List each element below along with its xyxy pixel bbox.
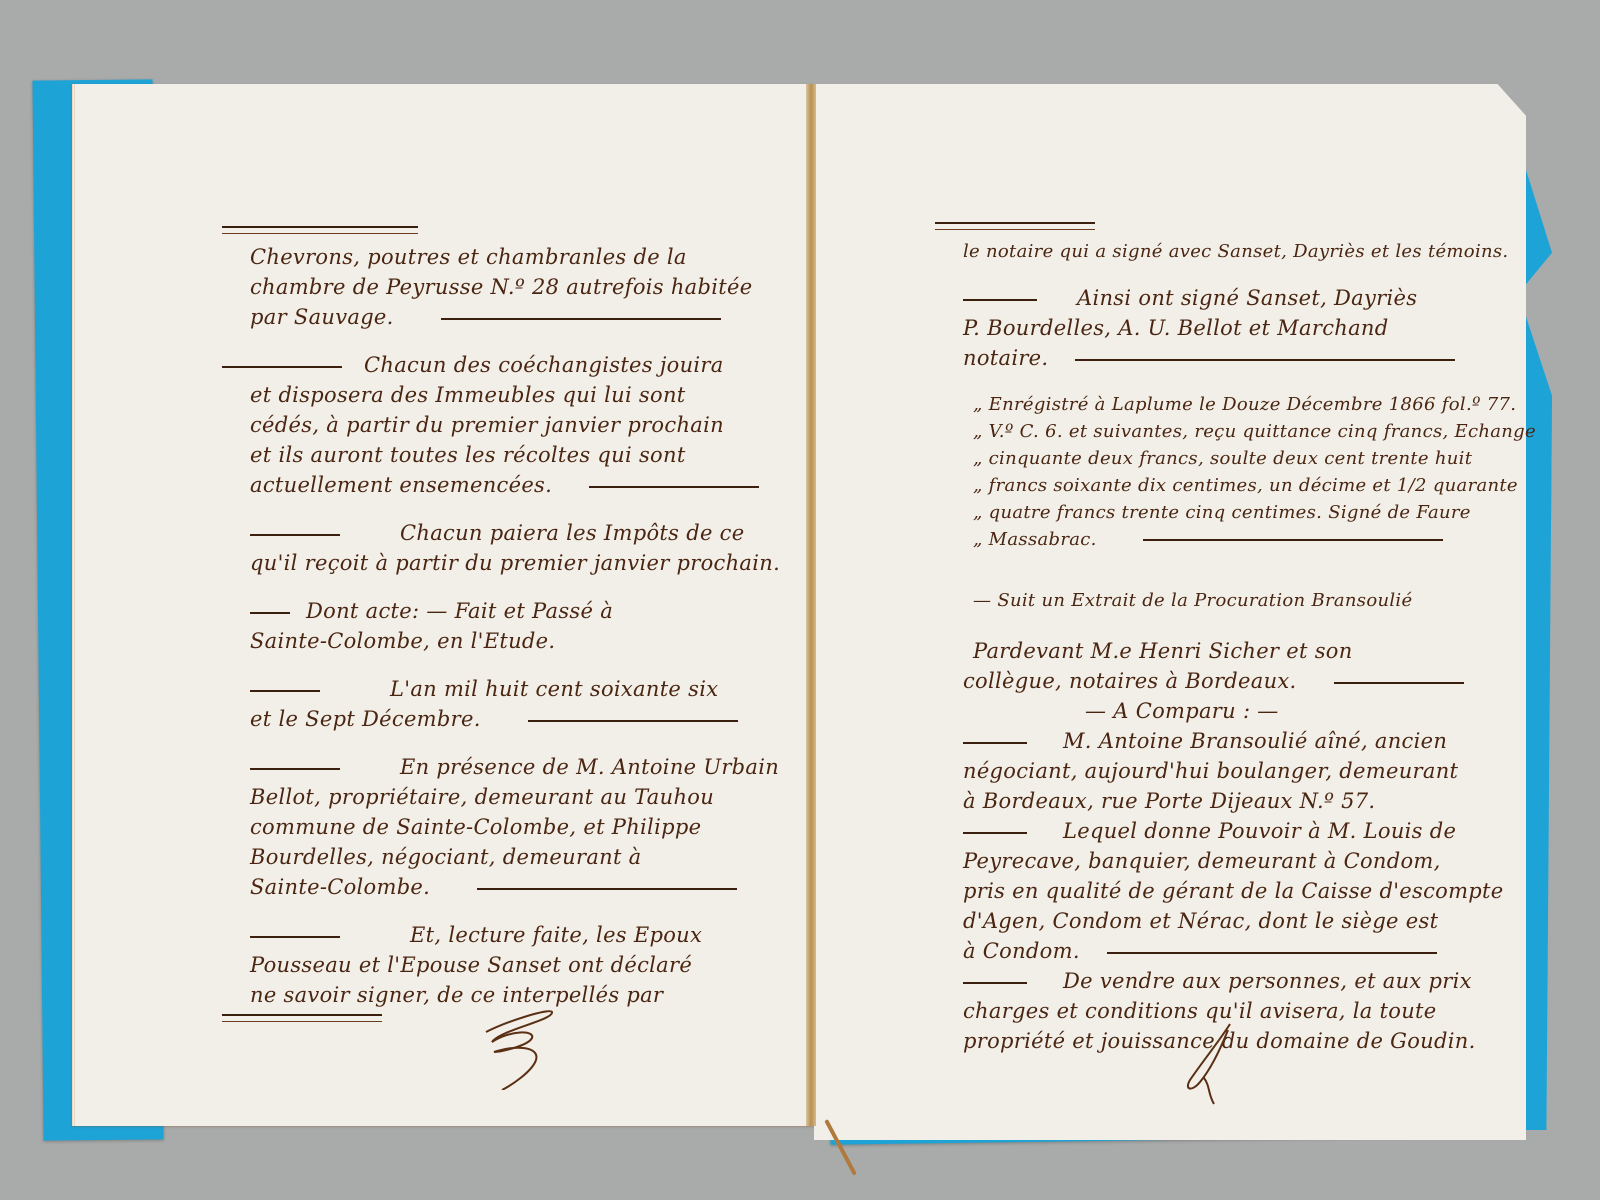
- text-fragment: à Condom.: [963, 939, 1080, 963]
- rule: [250, 768, 340, 770]
- text-line: — Suit un Extrait de la Procuration Bran…: [935, 587, 1515, 614]
- text-fragment: Chacun des coéchangistes jouira: [364, 353, 724, 377]
- text-line: négociant, aujourd'hui boulanger, demeur…: [935, 756, 1515, 786]
- text-fragment: collègue, notaires à Bordeaux.: [963, 669, 1297, 693]
- text-line: „ cinquante deux francs, soulte deux cen…: [973, 445, 1515, 472]
- text-line: cédés, à partir du premier janvier proch…: [222, 410, 812, 440]
- text-line: et le Sept Décembre.: [222, 704, 812, 734]
- text-line: à Bordeaux, rue Porte Dijeaux N.º 57.: [935, 786, 1515, 816]
- text-line: P. Bourdelles, A. U. Bellot et Marchand: [935, 313, 1515, 343]
- rule: [963, 299, 1037, 301]
- double-rule: [935, 222, 1095, 230]
- text-line: commune de Sainte-Colombe, et Philippe: [222, 812, 812, 842]
- text-fragment: Dont acte: — Fait et Passé à: [306, 599, 613, 623]
- text-fragment: Sainte-Colombe.: [250, 875, 430, 899]
- text-line: L'an mil huit cent soixante six: [222, 674, 812, 704]
- text-line: actuellement ensemencées.: [222, 470, 812, 500]
- text-line: — A Comparu : —: [935, 696, 1515, 726]
- double-rule: [222, 1014, 382, 1022]
- text-line: collègue, notaires à Bordeaux.: [935, 666, 1515, 696]
- text-line: Pousseau et l'Epouse Sanset ont déclaré: [222, 950, 812, 980]
- text-line: chambre de Peyrusse N.º 28 autrefois hab…: [222, 272, 812, 302]
- text-fragment: Pardevant M.e Henri Sicher et son: [935, 639, 1353, 663]
- text-fragment: et le Sept Décembre.: [250, 707, 481, 731]
- text-line: „ Enrégistré à Laplume le Douze Décembre…: [973, 391, 1515, 418]
- text-fragment: L'an mil huit cent soixante six: [390, 677, 718, 701]
- text-line: Dont acte: — Fait et Passé à: [222, 596, 812, 626]
- text-line: le notaire qui a signé avec Sanset, Dayr…: [935, 238, 1515, 265]
- text-line: par Sauvage.: [222, 302, 812, 332]
- rule: [441, 318, 721, 320]
- rule: [963, 742, 1027, 744]
- rule: [250, 534, 340, 536]
- text-fragment: actuellement ensemencées.: [250, 473, 552, 497]
- left-signature-paraph: [480, 990, 560, 1090]
- text-line: De vendre aux personnes, et aux prix: [935, 966, 1515, 996]
- text-fragment: Et, lecture faite, les Epoux: [410, 923, 702, 947]
- text-line: à Condom.: [935, 936, 1515, 966]
- text-fragment: notaire.: [963, 346, 1048, 370]
- text-line: pris en qualité de gérant de la Caisse d…: [935, 876, 1515, 906]
- rule: [250, 612, 290, 614]
- double-rule: [222, 226, 418, 234]
- text-line: notaire.: [935, 343, 1515, 373]
- rule: [1075, 359, 1455, 361]
- text-line: M. Antoine Bransoulié aîné, ancien: [935, 726, 1515, 756]
- text-fragment: Lequel donne Pouvoir à M. Louis de: [1063, 819, 1456, 843]
- text-line: Sainte-Colombe, en l'Etude.: [222, 626, 812, 656]
- text-fragment: „ Massabrac.: [973, 529, 1097, 550]
- rule: [528, 720, 738, 722]
- rule: [963, 832, 1027, 834]
- text-line: et ils auront toutes les récoltes qui so…: [222, 440, 812, 470]
- text-line: et disposera des Immeubles qui lui sont: [222, 380, 812, 410]
- right-page-text: le notaire qui a signé avec Sanset, Dayr…: [935, 222, 1515, 1056]
- rule: [1107, 952, 1437, 954]
- left-page-text: Chevrons, poutres et chambranles de la c…: [222, 226, 812, 1022]
- text-line: Et, lecture faite, les Epoux: [222, 920, 812, 950]
- rule: [222, 366, 342, 368]
- text-line: Lequel donne Pouvoir à M. Louis de: [935, 816, 1515, 846]
- rule: [1143, 539, 1443, 541]
- rule: [250, 690, 320, 692]
- text-line: „ Massabrac.: [973, 526, 1515, 553]
- text-line: Chacun paiera les Impôts de ce: [222, 518, 812, 548]
- text-fragment: par Sauvage.: [250, 305, 394, 329]
- text-line: En présence de M. Antoine Urbain: [222, 752, 812, 782]
- text-line: Chacun des coéchangistes jouira: [222, 350, 812, 380]
- text-line: „ francs soixante dix centimes, un décim…: [973, 472, 1515, 499]
- text-line: qu'il reçoit à partir du premier janvier…: [222, 548, 812, 578]
- rule: [589, 486, 759, 488]
- text-fragment: En présence de M. Antoine Urbain: [400, 755, 779, 779]
- text-line: Bellot, propriétaire, demeurant au Tauho…: [222, 782, 812, 812]
- text-line: Peyrecave, banquier, demeurant à Condom,: [935, 846, 1515, 876]
- text-line: „ quatre francs trente cinq centimes. Si…: [973, 499, 1515, 526]
- text-line: Pardevant M.e Henri Sicher et son: [935, 636, 1515, 666]
- rule: [963, 982, 1027, 984]
- text-line: Chevrons, poutres et chambranles de la: [222, 242, 812, 272]
- right-signature-paraph: [1180, 1020, 1240, 1110]
- text-fragment: Ainsi ont signé Sanset, Dayriès: [1077, 286, 1417, 310]
- registration-note: „ Enrégistré à Laplume le Douze Décembre…: [935, 391, 1515, 553]
- text-line: Ainsi ont signé Sanset, Dayriès: [935, 283, 1515, 313]
- text-line: „ V.º C. 6. et suivantes, reçu quittance…: [973, 418, 1515, 445]
- text-line: d'Agen, Condom et Nérac, dont le siège e…: [935, 906, 1515, 936]
- text-fragment: Chacun paiera les Impôts de ce: [400, 521, 744, 545]
- rule: [477, 888, 737, 890]
- text-line: Sainte-Colombe.: [222, 872, 812, 902]
- rule: [1334, 682, 1464, 684]
- text-fragment: M. Antoine Bransoulié aîné, ancien: [1063, 729, 1447, 753]
- rule: [250, 936, 340, 938]
- text-line: Bourdelles, négociant, demeurant à: [222, 842, 812, 872]
- text-fragment: De vendre aux personnes, et aux prix: [1063, 969, 1472, 993]
